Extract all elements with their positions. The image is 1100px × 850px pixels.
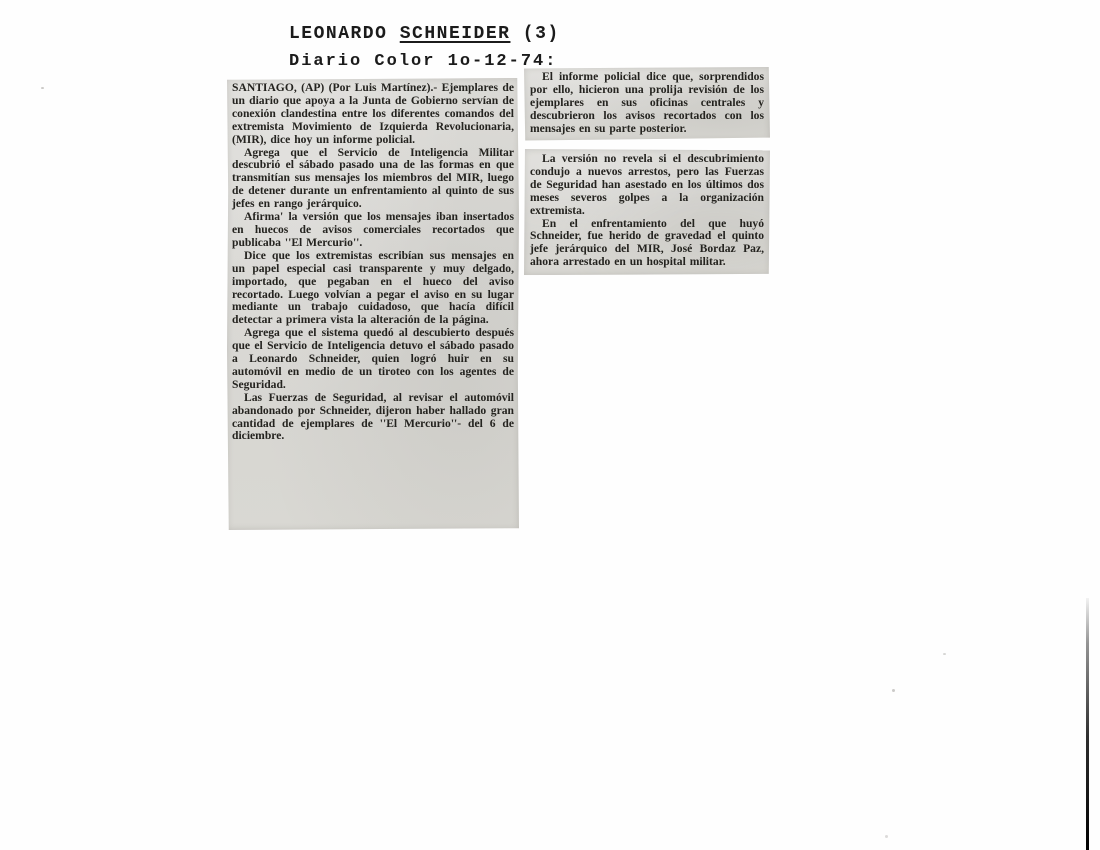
article-paragraph: El informe policial dice que, sorprendid… bbox=[530, 71, 764, 136]
article-paragraph: La versión no revela si el descubrimient… bbox=[530, 153, 764, 218]
headline-number: (3) bbox=[523, 24, 560, 44]
clipping-column-1: SANTIAGO, (AP) (Por Luis Martínez).- Eje… bbox=[227, 78, 519, 530]
scan-speck bbox=[943, 653, 946, 655]
headline-space2 bbox=[510, 24, 522, 44]
scan-edge-artifact bbox=[1086, 598, 1089, 850]
article-paragraph: Afirma' la versión que los mensajes iban… bbox=[232, 211, 514, 250]
dateline: Diario Color 1o-12-74: bbox=[289, 52, 560, 71]
article-paragraph: SANTIAGO, (AP) (Por Luis Martínez).- Eje… bbox=[232, 82, 514, 147]
article-paragraph: Agrega que el Servicio de Inteligencia M… bbox=[232, 147, 514, 212]
article-paragraph: En el enfrentamiento del que huyó Schnei… bbox=[530, 218, 764, 270]
clipping-column-2-strip-2: La versión no revela si el descubrimient… bbox=[524, 149, 770, 275]
headline: LEONARDO SCHNEIDER (3) bbox=[289, 24, 560, 44]
headline-name: LEONARDO bbox=[289, 24, 387, 44]
article-paragraph: Dice que los extremistas escribían sus m… bbox=[232, 250, 514, 327]
scan-page: LEONARDO SCHNEIDER (3) Diario Color 1o-1… bbox=[0, 0, 1100, 850]
scan-speck bbox=[885, 835, 888, 838]
scan-speck bbox=[892, 689, 895, 692]
article-paragraph: Las Fuerzas de Seguridad, al revisar el … bbox=[232, 392, 514, 444]
article-header: LEONARDO SCHNEIDER (3) Diario Color 1o-1… bbox=[289, 24, 560, 71]
headline-space bbox=[387, 24, 399, 44]
headline-surname-underlined: SCHNEIDER bbox=[400, 24, 511, 44]
article-paragraph: Agrega que el sistema quedó al descubier… bbox=[232, 327, 514, 392]
scan-speck bbox=[41, 87, 44, 89]
clipping-column-2-strip-1: El informe policial dice que, sorprendid… bbox=[524, 67, 770, 141]
